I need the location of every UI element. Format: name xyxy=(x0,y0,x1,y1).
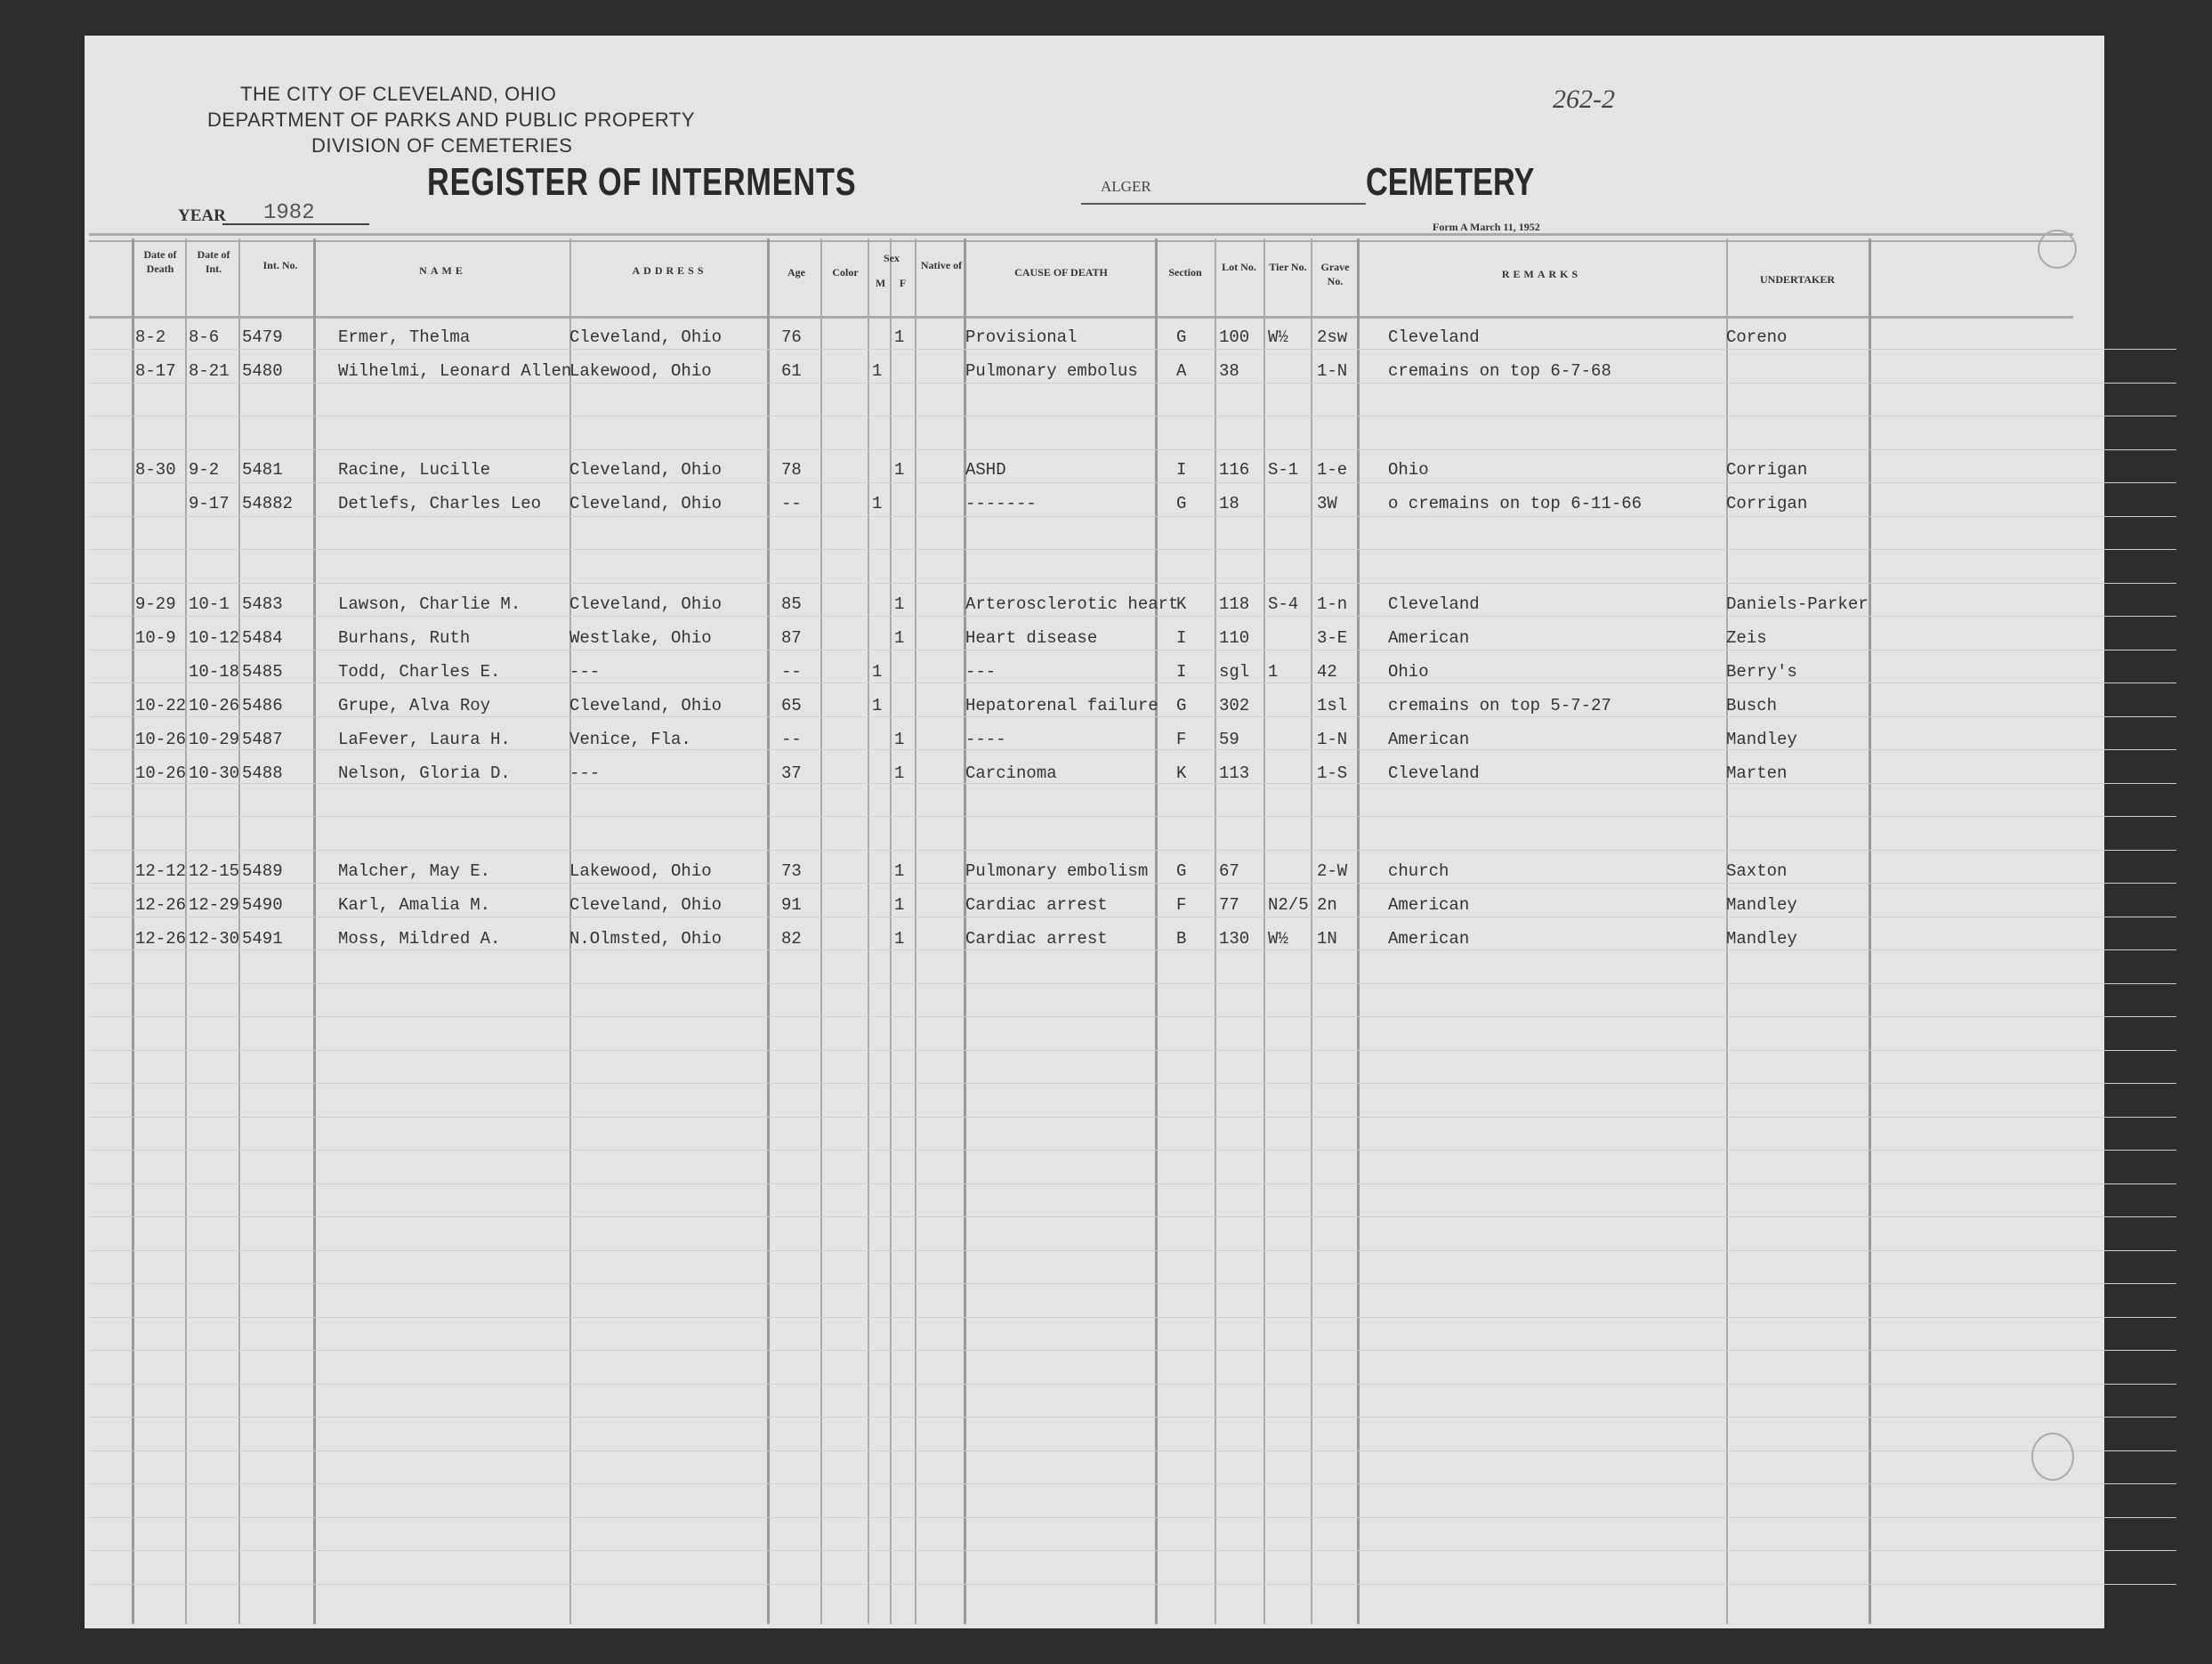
cell-remarks: cremains on top 5-7-27 xyxy=(1388,696,1611,715)
cell-cause-of-death: Pulmonary embolism xyxy=(965,861,1148,881)
cell-name: Grupe, Alva Roy xyxy=(338,696,490,715)
cell-cause-of-death: ------- xyxy=(965,494,1037,513)
cell-date-of-int: 10-18 xyxy=(189,662,239,682)
cell-remarks: Ohio xyxy=(1388,662,1429,682)
cell-lot-no: 302 xyxy=(1219,696,1249,715)
cell-name: LaFever, Laura H. xyxy=(338,730,511,749)
cell-section: I xyxy=(1176,662,1186,682)
cell-section: K xyxy=(1176,763,1186,783)
row-rule xyxy=(89,1550,2176,1551)
cell-date-of-death: 10-26 xyxy=(135,730,186,749)
binder-clip-icon xyxy=(2038,230,2077,269)
cell-lot-no: 116 xyxy=(1219,460,1249,480)
cell-int-no: 5490 xyxy=(242,895,283,915)
col-name: NAME xyxy=(320,263,565,278)
binder-clip-icon xyxy=(2031,1433,2074,1481)
cell-date-of-death: 10-9 xyxy=(135,628,176,648)
cell-age: 85 xyxy=(781,594,802,614)
cell-int-no: 54882 xyxy=(242,494,293,513)
cell-section: B xyxy=(1176,929,1186,949)
cell-int-no: 5484 xyxy=(242,628,283,648)
cell-age: 78 xyxy=(781,460,802,480)
cell-lot-no: 113 xyxy=(1219,763,1249,783)
col-sex-m: M xyxy=(869,276,892,290)
cell-remarks: American xyxy=(1388,628,1469,648)
cell-section: F xyxy=(1176,895,1186,915)
cell-lot-no: 59 xyxy=(1219,730,1239,749)
row-rule xyxy=(89,949,2176,950)
row-rule xyxy=(89,1517,2176,1518)
cell-date-of-int: 10-30 xyxy=(189,763,239,783)
row-rule xyxy=(89,883,2176,884)
cell-age: 91 xyxy=(781,895,802,915)
row-rule xyxy=(89,1050,2176,1051)
cell-age: 37 xyxy=(781,763,802,783)
cell-undertaker: Corrigan xyxy=(1726,494,1807,513)
cell-address: --- xyxy=(569,763,600,783)
row-rule xyxy=(89,983,2176,984)
row-rule xyxy=(89,1117,2176,1118)
row-rule xyxy=(89,1417,2176,1418)
col-remarks: REMARKS xyxy=(1361,267,1722,281)
row-rule xyxy=(89,383,2176,384)
cell-tier-no: W½ xyxy=(1268,327,1288,347)
col-date-of-int: Date of Int. xyxy=(191,247,236,276)
cell-age: 65 xyxy=(781,696,802,715)
cell-date-of-death: 10-22 xyxy=(135,696,186,715)
row-rule xyxy=(89,1283,2176,1284)
cell-age: 76 xyxy=(781,327,802,347)
cell-int-no: 5479 xyxy=(242,327,283,347)
page-number: 262-2 xyxy=(1553,85,1615,115)
row-rule xyxy=(89,683,2176,683)
cell-grave-no: 1-N xyxy=(1317,730,1347,749)
cell-section: G xyxy=(1176,861,1186,881)
cell-sex-f: 1 xyxy=(894,929,904,949)
cell-lot-no: 38 xyxy=(1219,361,1239,381)
cell-grave-no: 1N xyxy=(1317,929,1337,949)
cell-int-no: 5483 xyxy=(242,594,283,614)
cell-date-of-int: 12-29 xyxy=(189,895,239,915)
row-rule xyxy=(89,349,2176,350)
col-grave-no: Grave No. xyxy=(1315,260,1355,288)
cell-cause-of-death: ASHD xyxy=(965,460,1006,480)
col-color: Color xyxy=(825,265,866,279)
header-bottom-rule xyxy=(89,316,2073,319)
cell-address: Westlake, Ohio xyxy=(569,628,712,648)
row-rule xyxy=(89,1016,2176,1017)
cell-cause-of-death: Heart disease xyxy=(965,628,1097,648)
cell-remarks: American xyxy=(1388,929,1469,949)
cell-name: Karl, Amalia M. xyxy=(338,895,490,915)
cell-undertaker: Mandley xyxy=(1726,730,1797,749)
cell-lot-no: 100 xyxy=(1219,327,1249,347)
cell-grave-no: 1-e xyxy=(1317,460,1347,480)
cell-name: Lawson, Charlie M. xyxy=(338,594,521,614)
page-title: REGISTER OF INTERMENTS xyxy=(427,160,856,205)
cell-name: Ermer, Thelma xyxy=(338,327,470,347)
cell-address: N.Olmsted, Ohio xyxy=(569,929,722,949)
col-age: Age xyxy=(774,265,819,279)
cell-undertaker: Saxton xyxy=(1726,861,1787,881)
division-heading: DIVISION OF CEMETERIES xyxy=(311,134,572,158)
cell-age: -- xyxy=(781,730,802,749)
cell-undertaker: Coreno xyxy=(1726,327,1787,347)
col-address: ADDRESS xyxy=(574,263,765,278)
cell-cause-of-death: --- xyxy=(965,662,996,682)
cell-date-of-int: 8-6 xyxy=(189,327,219,347)
cell-int-no: 5491 xyxy=(242,929,283,949)
cell-address: Venice, Fla. xyxy=(569,730,691,749)
cell-cause-of-death: Carcinoma xyxy=(965,763,1057,783)
cell-undertaker: Berry's xyxy=(1726,662,1797,682)
cell-undertaker: Daniels-Parker xyxy=(1726,594,1869,614)
cell-date-of-int: 10-1 xyxy=(189,594,230,614)
row-rule xyxy=(89,616,2176,617)
cell-section: F xyxy=(1176,730,1186,749)
cell-undertaker: Marten xyxy=(1726,763,1787,783)
cell-age: 82 xyxy=(781,929,802,949)
city-heading: THE CITY OF CLEVELAND, OHIO xyxy=(240,83,556,106)
col-sex: Sex xyxy=(869,251,914,265)
cell-address: Cleveland, Ohio xyxy=(569,327,722,347)
cell-date-of-int: 9-17 xyxy=(189,494,230,513)
row-rule xyxy=(89,749,2176,750)
cell-date-of-int: 9-2 xyxy=(189,460,219,480)
cell-section: G xyxy=(1176,494,1186,513)
cell-age: 73 xyxy=(781,861,802,881)
cell-int-no: 5489 xyxy=(242,861,283,881)
cell-undertaker: Corrigan xyxy=(1726,460,1807,480)
cell-sex-f: 1 xyxy=(894,895,904,915)
cell-section: G xyxy=(1176,696,1186,715)
row-rule xyxy=(89,449,2176,450)
cell-sex-f: 1 xyxy=(894,861,904,881)
cemetery-name: ALGER xyxy=(1101,178,1151,196)
cell-remarks: Cleveland xyxy=(1388,327,1480,347)
cell-age: -- xyxy=(781,662,802,682)
row-rule xyxy=(89,583,2176,584)
department-heading: DEPARTMENT OF PARKS AND PUBLIC PROPERTY xyxy=(207,109,695,132)
cell-int-no: 5485 xyxy=(242,662,283,682)
cell-lot-no: 118 xyxy=(1219,594,1249,614)
cell-grave-no: 1-S xyxy=(1317,763,1347,783)
cell-date-of-death: 12-26 xyxy=(135,929,186,949)
cell-section: G xyxy=(1176,327,1186,347)
cell-date-of-int: 10-26 xyxy=(189,696,239,715)
row-rule xyxy=(89,1083,2176,1084)
cell-tier-no: S-1 xyxy=(1268,460,1298,480)
cell-undertaker: Mandley xyxy=(1726,895,1797,915)
cell-sex-f: 1 xyxy=(894,594,904,614)
cell-remarks: Cleveland xyxy=(1388,763,1480,783)
cell-remarks: o cremains on top 6-11-66 xyxy=(1388,494,1642,513)
cell-int-no: 5486 xyxy=(242,696,283,715)
cell-grave-no: 1-n xyxy=(1317,594,1347,614)
col-section: Section xyxy=(1158,265,1212,279)
row-rule xyxy=(89,850,2176,851)
col-tier-no: Tier No. xyxy=(1268,260,1308,274)
cell-int-no: 5480 xyxy=(242,361,283,381)
cell-grave-no: 42 xyxy=(1317,662,1337,682)
cell-name: Racine, Lucille xyxy=(338,460,490,480)
cell-section: I xyxy=(1176,460,1186,480)
cell-sex-f: 1 xyxy=(894,460,904,480)
cell-name: Moss, Mildred A. xyxy=(338,929,500,949)
row-rule xyxy=(89,1250,2176,1251)
cell-undertaker: Busch xyxy=(1726,696,1777,715)
row-rule xyxy=(89,917,2176,917)
cell-lot-no: 18 xyxy=(1219,494,1239,513)
cell-date-of-death: 8-30 xyxy=(135,460,176,480)
cell-sex-f: 1 xyxy=(894,628,904,648)
cell-cause-of-death: Cardiac arrest xyxy=(965,929,1108,949)
col-int-no: Int. No. xyxy=(249,258,311,272)
cell-sex-f: 1 xyxy=(894,327,904,347)
cell-sex-m: 1 xyxy=(872,662,882,682)
cell-undertaker: Zeis xyxy=(1726,628,1767,648)
cell-date-of-death: 9-29 xyxy=(135,594,176,614)
cell-grave-no: 1sl xyxy=(1317,696,1347,715)
cell-date-of-death: 10-26 xyxy=(135,763,186,783)
cemetery-label: CEMETERY xyxy=(1366,160,1534,205)
cell-cause-of-death: Arterosclerotic heart xyxy=(965,594,1178,614)
col-lot-no: Lot No. xyxy=(1219,260,1259,274)
cell-cause-of-death: Cardiac arrest xyxy=(965,895,1108,915)
cell-name: Detlefs, Charles Leo xyxy=(338,494,541,513)
cell-age: 61 xyxy=(781,361,802,381)
cell-age: 87 xyxy=(781,628,802,648)
cell-name: Wilhelmi, Leonard Allen xyxy=(338,361,571,381)
cell-name: Malcher, May E. xyxy=(338,861,490,881)
cell-date-of-int: 10-12 xyxy=(189,628,239,648)
cell-address: Lakewood, Ohio xyxy=(569,361,712,381)
row-rule xyxy=(89,1183,2176,1184)
row-rule xyxy=(89,716,2176,717)
cell-remarks: church xyxy=(1388,861,1449,881)
cell-sex-f: 1 xyxy=(894,763,904,783)
cell-undertaker: Mandley xyxy=(1726,929,1797,949)
cell-date-of-int: 10-29 xyxy=(189,730,239,749)
header-top-rule xyxy=(89,233,2073,236)
col-native-of: Native of xyxy=(919,258,964,272)
cell-age: -- xyxy=(781,494,802,513)
cell-int-no: 5481 xyxy=(242,460,283,480)
row-rule xyxy=(89,650,2176,650)
cell-remarks: Cleveland xyxy=(1388,594,1480,614)
row-rule xyxy=(89,783,2176,784)
cell-section: K xyxy=(1176,594,1186,614)
cell-date-of-int: 12-15 xyxy=(189,861,239,881)
cell-date-of-death: 12-12 xyxy=(135,861,186,881)
row-rule xyxy=(89,1483,2176,1484)
row-rule xyxy=(89,516,2176,517)
cell-sex-m: 1 xyxy=(872,361,882,381)
row-rule xyxy=(89,1384,2176,1385)
cell-address: Cleveland, Ohio xyxy=(569,460,722,480)
cell-tier-no: N2/5 xyxy=(1268,895,1309,915)
cell-lot-no: 110 xyxy=(1219,628,1249,648)
row-rule xyxy=(89,482,2176,483)
cell-lot-no: 77 xyxy=(1219,895,1239,915)
year-value: 1982 xyxy=(263,201,315,225)
header-top-rule-2 xyxy=(89,240,2073,242)
cell-section: A xyxy=(1176,361,1186,381)
cell-tier-no: W½ xyxy=(1268,929,1288,949)
row-rule xyxy=(89,1150,2176,1151)
row-rule xyxy=(89,549,2176,550)
cell-grave-no: 2n xyxy=(1317,895,1337,915)
cell-remarks: American xyxy=(1388,895,1469,915)
cell-section: I xyxy=(1176,628,1186,648)
col-cause-of-death: CAUSE OF DEATH xyxy=(970,265,1152,279)
cell-grave-no: 1-N xyxy=(1317,361,1347,381)
cell-cause-of-death: ---- xyxy=(965,730,1006,749)
row-rule xyxy=(89,416,2176,416)
cell-remarks: Ohio xyxy=(1388,460,1429,480)
cell-lot-no: 130 xyxy=(1219,929,1249,949)
cell-sex-m: 1 xyxy=(872,696,882,715)
row-rule xyxy=(89,1216,2176,1217)
form-id: Form A March 11, 1952 xyxy=(1433,221,1540,234)
cell-int-no: 5488 xyxy=(242,763,283,783)
cell-lot-no: 67 xyxy=(1219,861,1239,881)
cell-cause-of-death: Hepatorenal failure xyxy=(965,696,1158,715)
cell-cause-of-death: Pulmonary embolus xyxy=(965,361,1138,381)
cell-grave-no: 2sw xyxy=(1317,327,1347,347)
cell-address: Cleveland, Ohio xyxy=(569,696,722,715)
cell-date-of-death: 8-17 xyxy=(135,361,176,381)
cell-address: Cleveland, Ohio xyxy=(569,494,722,513)
cell-sex-f: 1 xyxy=(894,730,904,749)
row-rule xyxy=(89,1450,2176,1451)
cell-int-no: 5487 xyxy=(242,730,283,749)
cemetery-underline xyxy=(1081,203,1366,205)
row-rule xyxy=(89,1584,2176,1585)
row-rule xyxy=(89,1317,2176,1318)
cell-remarks: cremains on top 6-7-68 xyxy=(1388,361,1611,381)
cell-name: Burhans, Ruth xyxy=(338,628,470,648)
cell-date-of-death: 8-2 xyxy=(135,327,165,347)
cell-tier-no: 1 xyxy=(1268,662,1278,682)
cell-date-of-int: 12-30 xyxy=(189,929,239,949)
cell-sex-m: 1 xyxy=(872,494,882,513)
cell-address: Cleveland, Ohio xyxy=(569,594,722,614)
col-undertaker: UNDERTAKER xyxy=(1731,272,1864,287)
row-rule xyxy=(89,816,2176,817)
cell-address: --- xyxy=(569,662,600,682)
cell-date-of-int: 8-21 xyxy=(189,361,230,381)
cell-grave-no: 3W xyxy=(1317,494,1337,513)
col-sex-f: F xyxy=(892,276,914,290)
cell-address: Lakewood, Ohio xyxy=(569,861,712,881)
cell-grave-no: 2-W xyxy=(1317,861,1347,881)
year-label: YEAR xyxy=(178,206,226,226)
cell-name: Todd, Charles E. xyxy=(338,662,500,682)
cell-grave-no: 3-E xyxy=(1317,628,1347,648)
cell-cause-of-death: Provisional xyxy=(965,327,1077,347)
cell-remarks: American xyxy=(1388,730,1469,749)
cell-tier-no: S-4 xyxy=(1268,594,1298,614)
cell-name: Nelson, Gloria D. xyxy=(338,763,511,783)
cell-date-of-death: 12-26 xyxy=(135,895,186,915)
cell-lot-no: sgl xyxy=(1219,662,1249,682)
col-date-of-death: Date of Death xyxy=(138,247,182,276)
cell-address: Cleveland, Ohio xyxy=(569,895,722,915)
row-rule xyxy=(89,1350,2176,1351)
